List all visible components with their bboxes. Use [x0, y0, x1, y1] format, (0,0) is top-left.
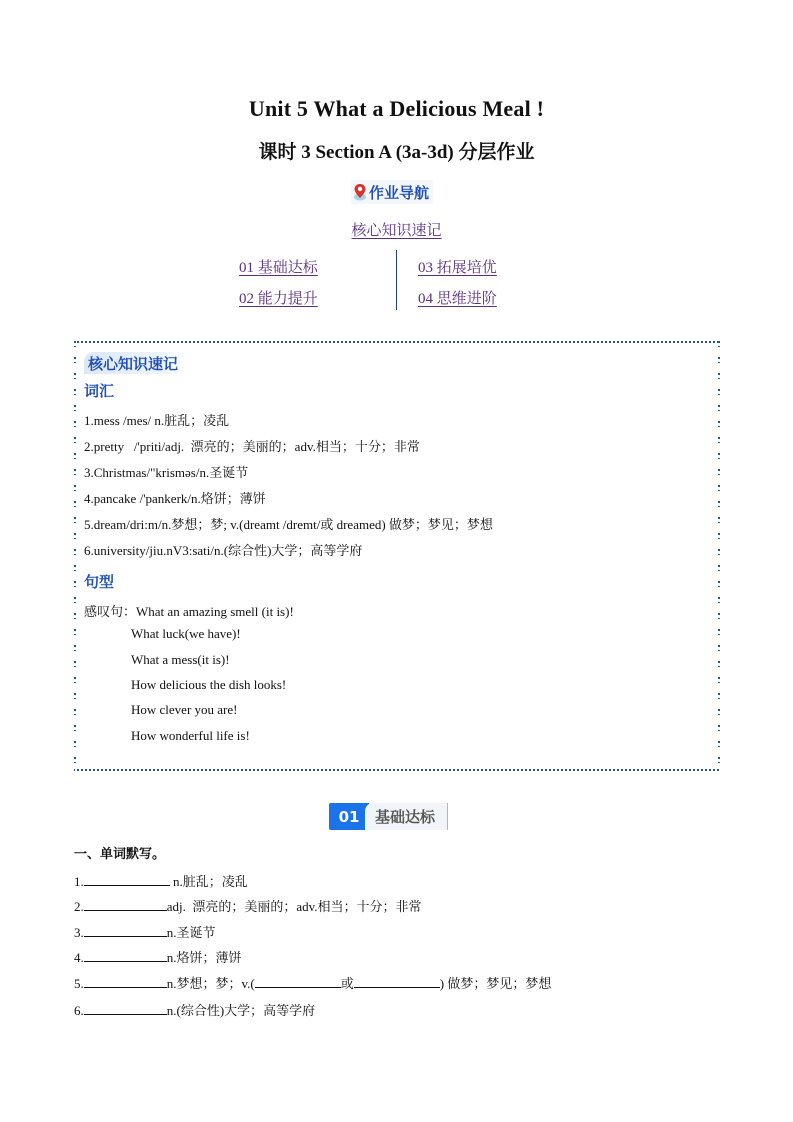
nav-heading-text: 作业导航 — [369, 182, 429, 203]
nav-link-ability[interactable]: 02 能力提升 — [239, 287, 318, 308]
answer-blank[interactable] — [84, 975, 167, 988]
part-badge-basic: 01 基础达标 — [329, 803, 448, 830]
item-text: adj. 漂亮的；美丽的；adv.相当；十分；非常 — [167, 899, 422, 914]
nav-link-thinking[interactable]: 04 思维进阶 — [418, 287, 497, 308]
question-item: 6.n.(综合性)大学；高等学府 — [74, 1000, 315, 1019]
nav-link-basic[interactable]: 01 基础达标 — [239, 256, 318, 277]
answer-blank[interactable] — [255, 975, 341, 988]
sentence-item: What luck(we have)! — [131, 626, 241, 642]
question-item: 4.n.烙饼；薄饼 — [74, 947, 242, 966]
sentence-item: How clever you are! — [131, 702, 237, 718]
answer-blank[interactable] — [84, 898, 167, 911]
vocab-item: 6.university/jiu.nV3:sati/n.(综合性)大学；高等学府 — [84, 540, 362, 559]
item-text: 或 — [341, 976, 354, 991]
vocab-item: 5.dream/dri:m/n.梦想；梦; v.(dreamt /dremt/或… — [84, 514, 493, 533]
vocab-item: 4.pancake /'pankerk/n.烙饼；薄饼 — [84, 488, 266, 507]
item-number: 1. — [74, 874, 84, 889]
vocab-item: 3.Christmas/"krisməs/n.圣诞节 — [84, 462, 248, 481]
page-subtitle: 课时 3 Section A (3a-3d) 分层作业 — [0, 137, 793, 164]
part-label: 基础达标 — [365, 803, 448, 830]
sentence-label: 感叹句： — [84, 604, 136, 619]
part-number: 01 — [329, 803, 369, 830]
knowledge-badge: 核心知识速记 — [84, 352, 184, 374]
item-text: n.(综合性)大学；高等学府 — [167, 1003, 315, 1018]
item-number: 4. — [74, 950, 84, 965]
sentence-heading: 句型 — [84, 571, 114, 592]
question-item: 3.n.圣诞节 — [74, 922, 216, 941]
sentence-row: 感叹句：What an amazing smell (it is)! — [84, 601, 294, 620]
map-pin-icon — [353, 183, 367, 201]
question-item: 5.n.梦想；梦；v.(或) 做梦；梦见；梦想 — [74, 973, 551, 992]
question-item: 2.adj. 漂亮的；美丽的；adv.相当；十分；非常 — [74, 896, 422, 915]
item-text: n.烙饼；薄饼 — [167, 950, 242, 965]
answer-blank[interactable] — [84, 924, 167, 937]
box-border-left — [74, 341, 76, 771]
sentence-item: How wonderful life is! — [131, 728, 250, 744]
answer-blank[interactable] — [354, 975, 440, 988]
sentence-item: What a mess(it is)! — [131, 652, 230, 668]
vocab-item: 2.pretty /'priti/adj. 漂亮的；美丽的；adv.相当；十分；… — [84, 436, 420, 455]
answer-blank[interactable] — [84, 949, 167, 962]
item-number: 5. — [74, 976, 84, 991]
question-heading: 一、单词默写。 — [74, 843, 165, 862]
item-text: n.梦想；梦；v.( — [167, 976, 255, 991]
item-number: 3. — [74, 925, 84, 940]
item-text: n.脏乱；凌乱 — [170, 874, 248, 889]
answer-blank[interactable] — [84, 1002, 167, 1015]
sentence-item: What an amazing smell (it is)! — [136, 604, 294, 619]
item-text: n.圣诞节 — [167, 925, 216, 940]
box-border-top — [74, 341, 720, 343]
box-border-right — [718, 341, 720, 771]
nav-link-core-knowledge[interactable]: 核心知识速记 — [0, 219, 793, 240]
nav-heading: 作业导航 — [351, 180, 433, 204]
item-text: ) 做梦；梦见；梦想 — [440, 976, 552, 991]
vocab-item: 1.mess /mes/ n.脏乱；凌乱 — [84, 410, 229, 429]
answer-blank[interactable] — [84, 873, 170, 886]
page-title: Unit 5 What a Delicious Meal ! — [0, 96, 793, 122]
vocab-heading: 词汇 — [84, 380, 114, 401]
item-number: 6. — [74, 1003, 84, 1018]
question-item: 1. n.脏乱；凌乱 — [74, 871, 248, 890]
item-number: 2. — [74, 899, 84, 914]
sentence-item: How delicious the dish looks! — [131, 677, 286, 693]
nav-link-extension[interactable]: 03 拓展培优 — [418, 256, 497, 277]
nav-divider — [396, 250, 397, 310]
box-border-bottom — [74, 769, 720, 771]
